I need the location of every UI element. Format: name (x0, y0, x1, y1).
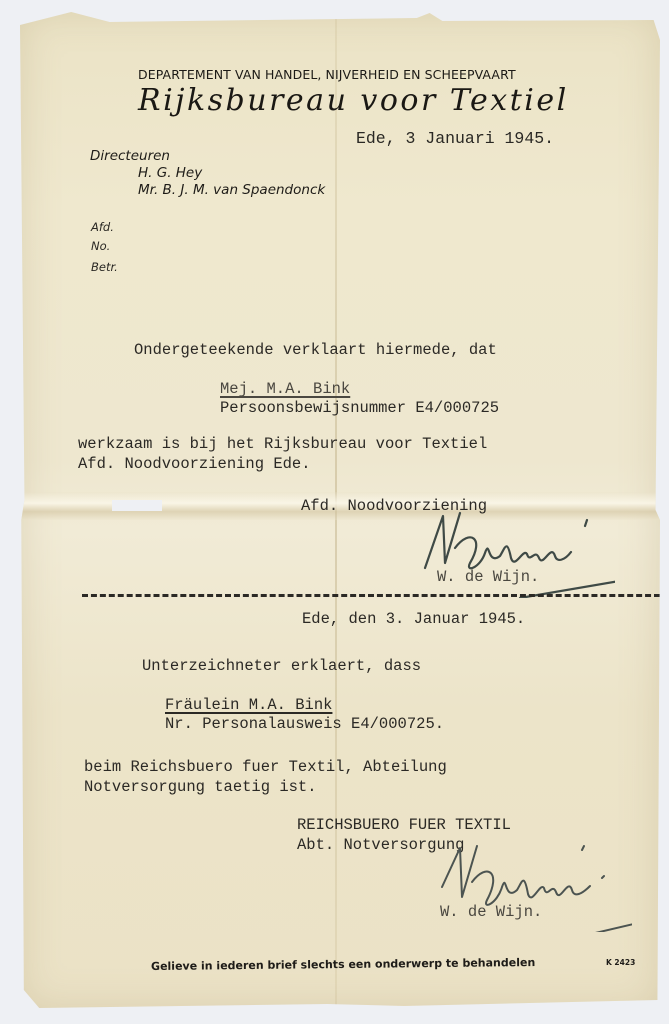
ref-label-no: No. (91, 239, 110, 253)
german-signatory: W. de Wijn. (440, 903, 542, 921)
footer-note: Gelieve in iederen brief slechts een ond… (151, 956, 535, 973)
german-intro: Unterzeichneter erklaert, dass (142, 657, 421, 675)
department-name: DEPARTEMENT VAN HANDEL, NIJVERHEID EN SC… (138, 67, 516, 82)
german-org-line-1: REICHSBUERO FUER TEXTIL (297, 816, 511, 834)
german-id-number: Nr. Personalausweis E4/000725. (165, 715, 444, 733)
paper-tear (112, 500, 162, 511)
dutch-id-number: Persoonsbewijsnummer E4/000725 (220, 399, 499, 417)
directors-label: Directeuren (90, 148, 170, 164)
ref-label-betr: Betr. (91, 260, 118, 274)
dutch-signatory: W. de Wijn. (437, 568, 539, 586)
dutch-body-line-2: Afd. Noodvoorziening Ede. (78, 455, 311, 473)
document-stage: DEPARTEMENT VAN HANDEL, NIJVERHEID EN SC… (0, 0, 669, 1024)
dutch-person-name: Mej. M.A. Bink (220, 380, 350, 398)
section-separator (82, 594, 660, 597)
director-1: H. G. Hey (138, 165, 202, 181)
letter-paper: DEPARTEMENT VAN HANDEL, NIJVERHEID EN SC… (20, 10, 660, 1010)
ref-label-afd: Afd. (91, 220, 114, 234)
form-code: K 2423 (606, 958, 635, 967)
german-body-line-1: beim Reichsbuero fuer Textil, Abteilung (84, 758, 447, 776)
director-2: Mr. B. J. M. van Spaendonck (138, 182, 325, 198)
dutch-date: Ede, 3 Januari 1945. (356, 129, 554, 148)
german-person-name: Fräulein M.A. Bink (165, 696, 332, 714)
german-date: Ede, den 3. Januar 1945. (302, 610, 525, 628)
dutch-body-line-1: werkzaam is bij het Rijksbureau voor Tex… (78, 435, 487, 453)
german-body-line-2: Notversorgung taetig ist. (84, 778, 317, 796)
organization-name: Rijksbureau voor Textiel (138, 83, 569, 118)
dutch-intro: Ondergeteekende verklaart hiermede, dat (134, 341, 497, 359)
